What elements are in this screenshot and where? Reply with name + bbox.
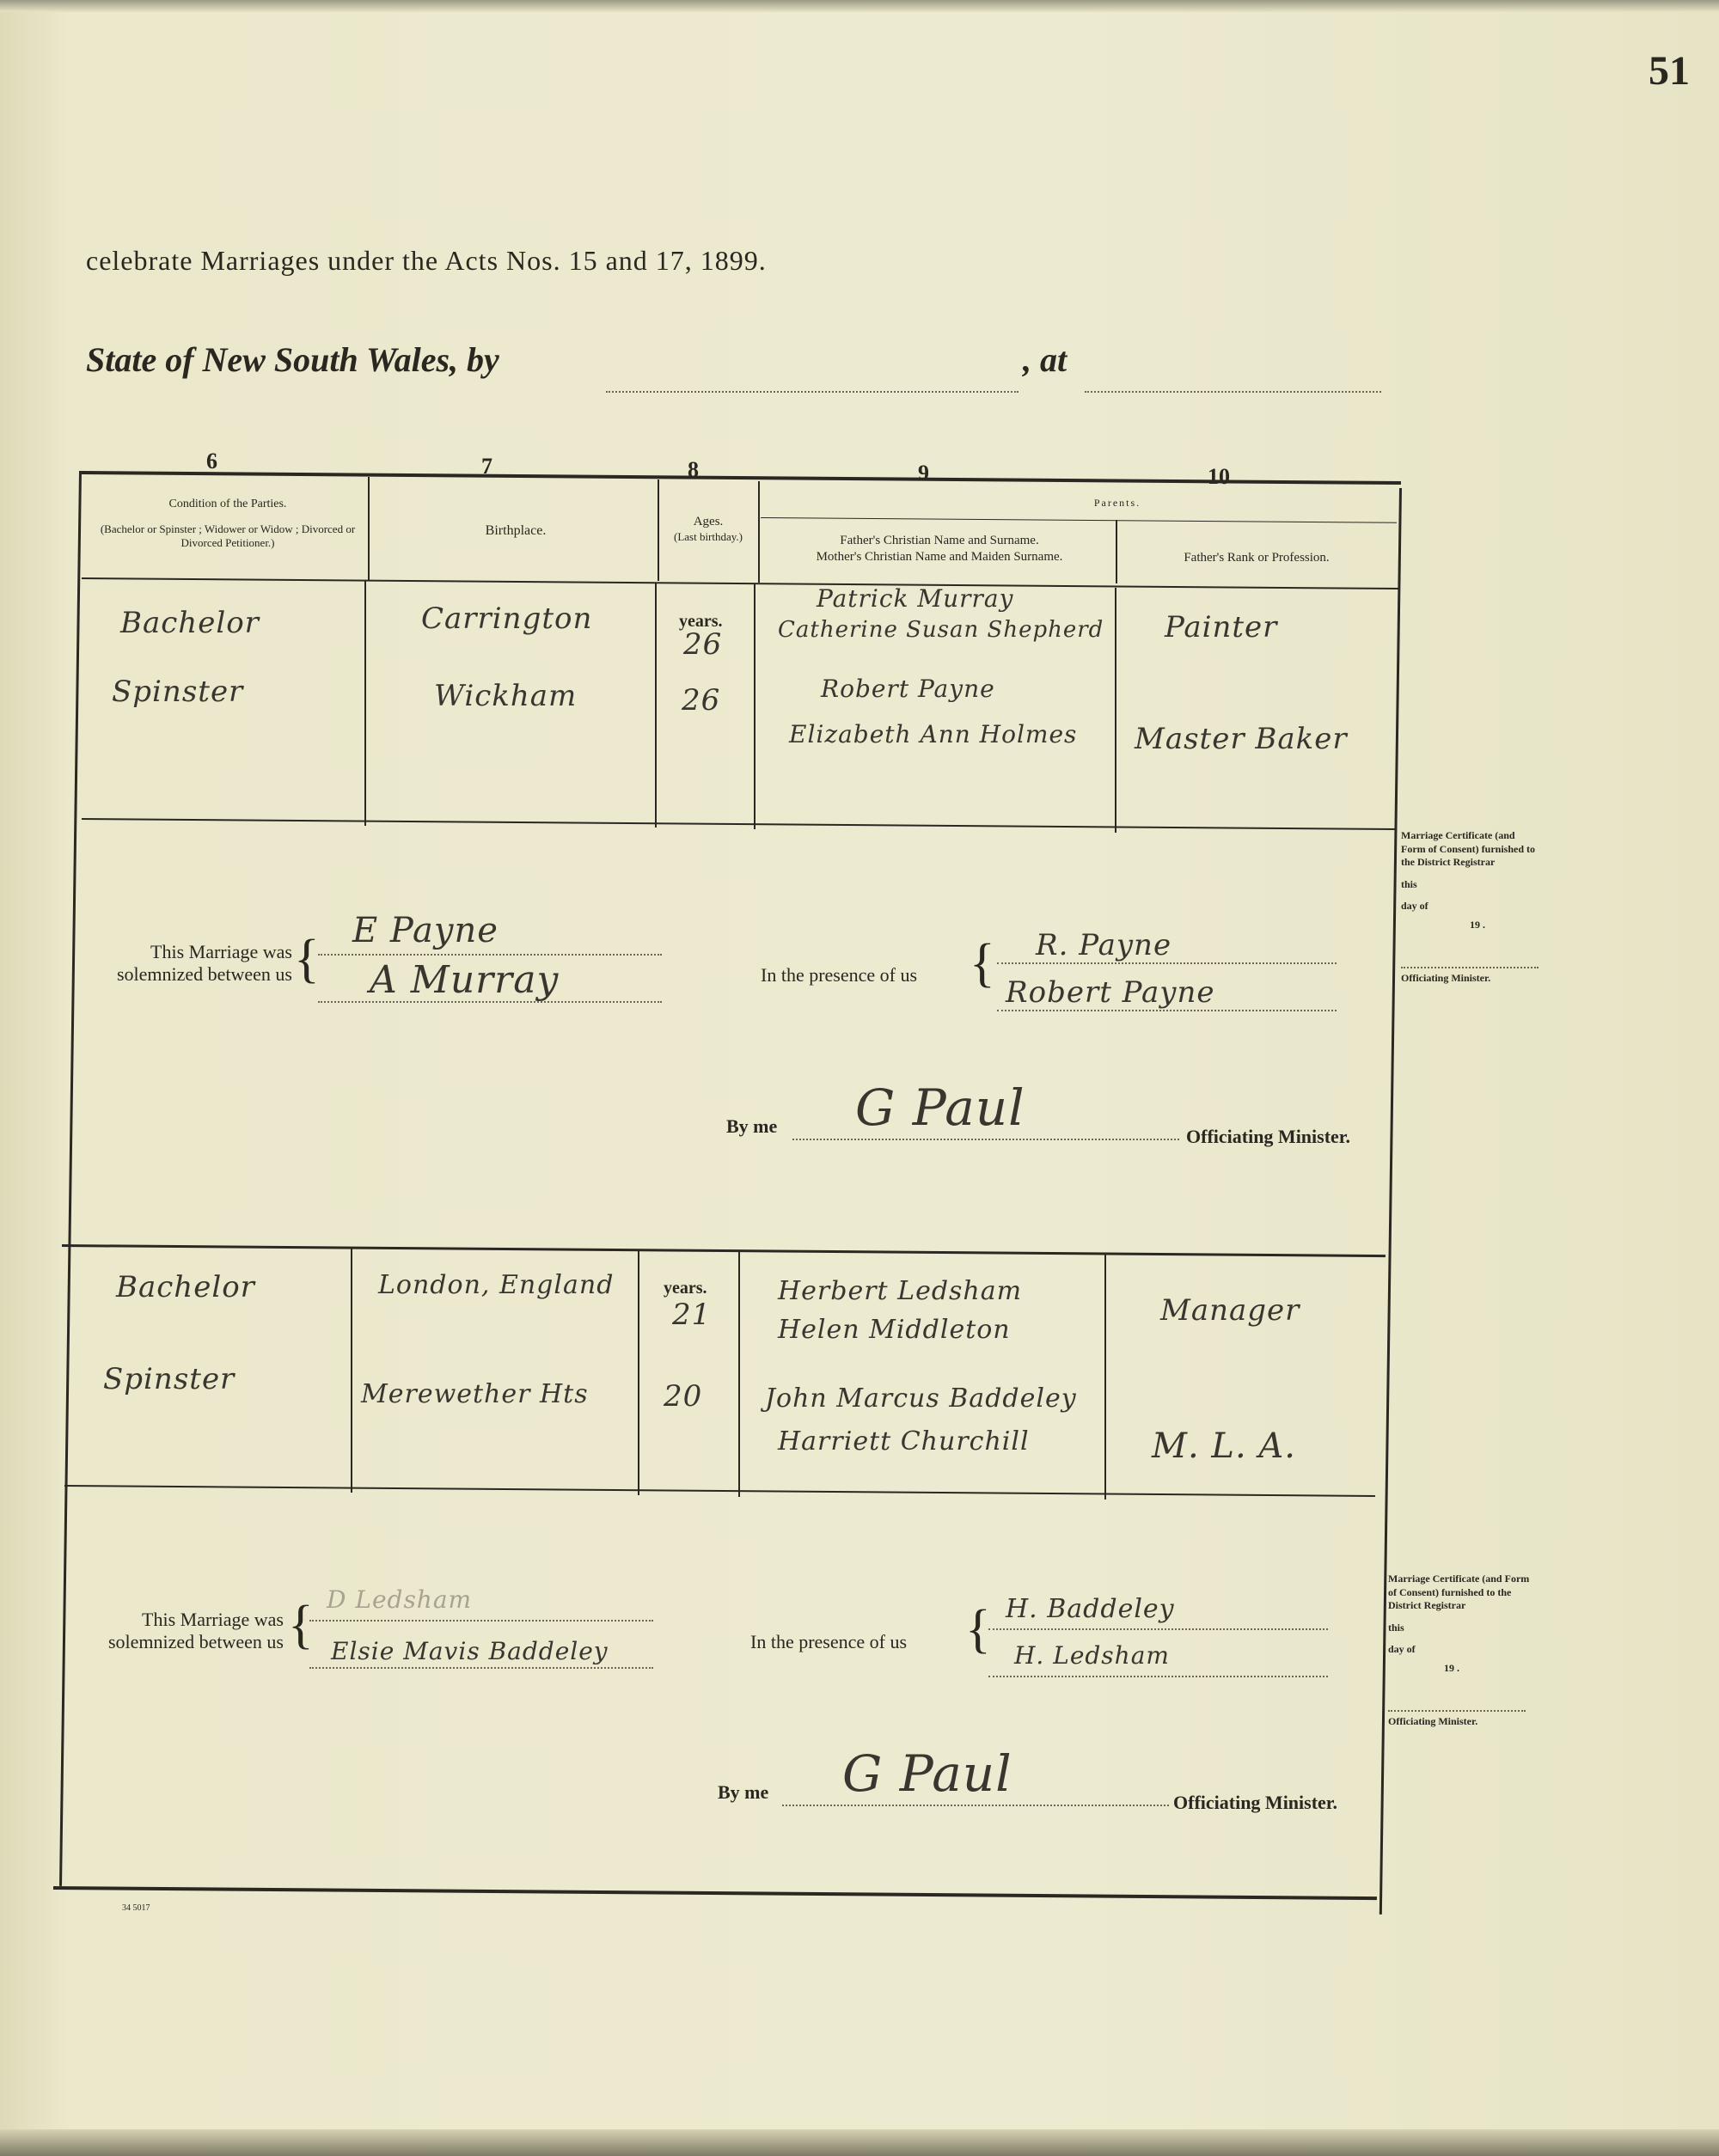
e1-bride-father: Robert Payne: [821, 675, 995, 703]
hdr-divider-4: [1116, 520, 1117, 583]
e2-groom-condition: Bachelor: [116, 1270, 255, 1304]
e2-side-note-line: [1388, 1710, 1526, 1712]
e1-minister-line: [792, 1139, 1179, 1140]
e1-row-bottom-line: [82, 818, 1397, 830]
e1-groom-birthplace: Carrington: [421, 602, 592, 636]
header-birthplace: Birthplace.: [378, 522, 653, 540]
e1-minister-label: Officiating Minister.: [1186, 1126, 1350, 1148]
e1-groom-father-profession: Painter: [1165, 610, 1277, 644]
parents-subline: [761, 517, 1397, 523]
e1-divider-4: [1115, 588, 1116, 833]
e1-side-note-this: this: [1401, 878, 1539, 892]
e2-groom-birthplace: London, England: [378, 1270, 614, 1300]
entries-separator: [62, 1244, 1386, 1257]
e2-side-note-year: 19 .: [1388, 1662, 1530, 1676]
header-profession: Father's Rank or Profession.: [1119, 550, 1394, 566]
e2-side-note-text: Marriage Certificate (and Form of Consen…: [1388, 1573, 1530, 1613]
e1-party-signature-2: A Murray: [370, 958, 559, 1002]
heading-state-prefix: State of New South Wales, by: [86, 340, 499, 379]
e1-groom-age: 26: [683, 627, 722, 662]
header-ages: Ages. (Last birthday.): [660, 514, 756, 544]
e1-divider-2: [655, 583, 657, 828]
header-ages-title: Ages.: [660, 514, 756, 530]
e2-divider-2: [638, 1250, 639, 1495]
e1-divider-3: [754, 584, 756, 829]
e1-side-note-year: 19 .: [1401, 919, 1539, 932]
register-page: 51 celebrate Marriages under the Acts No…: [0, 0, 1719, 2156]
e1-bride-condition: Spinster: [112, 675, 243, 709]
e2-witness-line-1: [988, 1628, 1328, 1630]
e1-bride-father-profession: Master Baker: [1135, 722, 1348, 756]
hdr-divider-3: [758, 481, 760, 583]
e2-solemnized-label: This Marriage was solemnized between us: [69, 1609, 284, 1654]
e2-minister-signature: G Paul: [842, 1744, 1012, 1803]
e2-presence-label: In the presence of us: [750, 1631, 907, 1653]
header-ages-subtitle: (Last birthday.): [660, 530, 756, 544]
e1-witness-line-2: [997, 1010, 1337, 1011]
e2-witness-line-2: [988, 1676, 1328, 1677]
header-bottom-line: [82, 577, 1398, 589]
heading-state: State of New South Wales, by: [86, 339, 499, 380]
page-top-edge: [0, 0, 1719, 12]
e2-by-me-label: By me: [718, 1781, 768, 1804]
e2-age-unit: years.: [664, 1279, 707, 1298]
e1-side-note-line: [1401, 967, 1539, 968]
e1-by-me-label: By me: [726, 1115, 777, 1138]
e1-groom-mother: Catherine Susan Shepherd: [778, 617, 1104, 643]
e1-bride-mother: Elizabeth Ann Holmes: [789, 720, 1077, 748]
e1-side-note-day-of: day of: [1401, 900, 1539, 913]
e2-brace-parties: {: [288, 1598, 314, 1652]
e2-groom-age: 21: [672, 1298, 711, 1332]
header-father-name: Father's Christian Name and Surname.: [763, 533, 1116, 549]
footer-code: 34 5017: [122, 1903, 150, 1913]
e1-divider-1: [364, 581, 366, 826]
e2-minister-line: [782, 1805, 1169, 1806]
e2-bride-birthplace: Merewether Hts: [361, 1379, 589, 1409]
e1-side-note-minister: Officiating Minister.: [1401, 972, 1539, 986]
header-condition: Condition of the Parties. (Bachelor or S…: [95, 497, 361, 550]
header-condition-title: Condition of the Parties.: [95, 497, 361, 512]
e2-bride-father-profession: M. L. A.: [1152, 1426, 1296, 1466]
table-top-border: [82, 471, 1401, 485]
e1-side-note: Marriage Certificate (and Form of Consen…: [1401, 829, 1539, 985]
e2-divider-1: [351, 1248, 352, 1493]
e2-party-line-1: [309, 1620, 653, 1622]
col-number-6: 6: [206, 449, 217, 474]
e2-groom-father-profession: Manager: [1160, 1293, 1300, 1328]
e1-witness-line-1: [997, 962, 1337, 964]
table-left-border: [59, 471, 82, 1886]
e2-minister-label: Officiating Minister.: [1173, 1792, 1337, 1814]
e1-party-signature-1: E Payne: [352, 911, 499, 950]
hdr-divider-2: [658, 479, 659, 581]
e1-minister-signature: G Paul: [855, 1078, 1025, 1137]
e2-brace-witnesses: {: [965, 1603, 991, 1656]
by-dotline: [606, 391, 1019, 393]
e1-witness-signature-1: R. Payne: [1036, 928, 1171, 962]
e2-bride-father: John Marcus Baddeley: [765, 1383, 1077, 1414]
e2-party-signature-1: D Ledsham: [327, 1585, 472, 1614]
e2-bride-mother: Harriett Churchill: [778, 1426, 1030, 1457]
e1-groom-father: Patrick Murray: [817, 584, 1013, 613]
e2-groom-mother: Helen Middleton: [778, 1315, 1011, 1345]
page-bottom-edge: [0, 2129, 1719, 2156]
e2-row-bottom-line: [64, 1485, 1375, 1497]
header-parents: Father's Christian Name and Surname. Mot…: [763, 533, 1116, 565]
e1-brace-parties: {: [294, 932, 320, 986]
e2-side-note-minister: Officiating Minister.: [1388, 1715, 1530, 1729]
table-bottom-border: [53, 1886, 1377, 1900]
e1-presence-label: In the presence of us: [761, 964, 917, 986]
e2-bride-condition: Spinster: [103, 1362, 235, 1396]
e2-side-note: Marriage Certificate (and Form of Consen…: [1388, 1573, 1530, 1728]
e1-side-note-text: Marriage Certificate (and Form of Consen…: [1401, 829, 1539, 870]
e2-witness-signature-2: H. Ledsham: [1014, 1641, 1170, 1670]
at-dotline: [1085, 391, 1381, 393]
e2-party-line-2: [309, 1667, 653, 1669]
page-number: 51: [1649, 47, 1690, 95]
col-number-9: 9: [918, 461, 929, 486]
header-mother-name: Mother's Christian Name and Maiden Surna…: [763, 549, 1116, 565]
header-condition-subtitle: (Bachelor or Spinster ; Widower or Widow…: [95, 522, 361, 551]
e1-party-line-1: [318, 954, 662, 956]
e2-witness-signature-1: H. Baddeley: [1006, 1594, 1175, 1624]
heading-acts: celebrate Marriages under the Acts Nos. …: [86, 245, 767, 277]
hdr-divider-1: [368, 477, 370, 580]
header-parents-group: Parents.: [988, 497, 1246, 510]
heading-at: , at: [1023, 339, 1067, 380]
e1-witness-signature-2: Robert Payne: [1006, 975, 1215, 1010]
e2-groom-father: Herbert Ledsham: [778, 1276, 1022, 1306]
e1-groom-condition: Bachelor: [120, 606, 260, 640]
e1-bride-birthplace: Wickham: [434, 679, 577, 713]
e1-solemnized-label: This Marriage was solemnized between us: [82, 941, 292, 986]
e2-side-note-this: this: [1388, 1622, 1530, 1635]
e2-side-note-day-of: day of: [1388, 1643, 1530, 1657]
e1-brace-witnesses: {: [970, 937, 995, 990]
e1-bride-age: 26: [682, 683, 720, 718]
e2-divider-3: [738, 1252, 740, 1497]
e2-party-signature-2: Elsie Mavis Baddeley: [331, 1637, 609, 1665]
e2-bride-age: 20: [664, 1379, 702, 1414]
e2-divider-4: [1104, 1255, 1106, 1499]
col-number-10: 10: [1208, 464, 1230, 490]
